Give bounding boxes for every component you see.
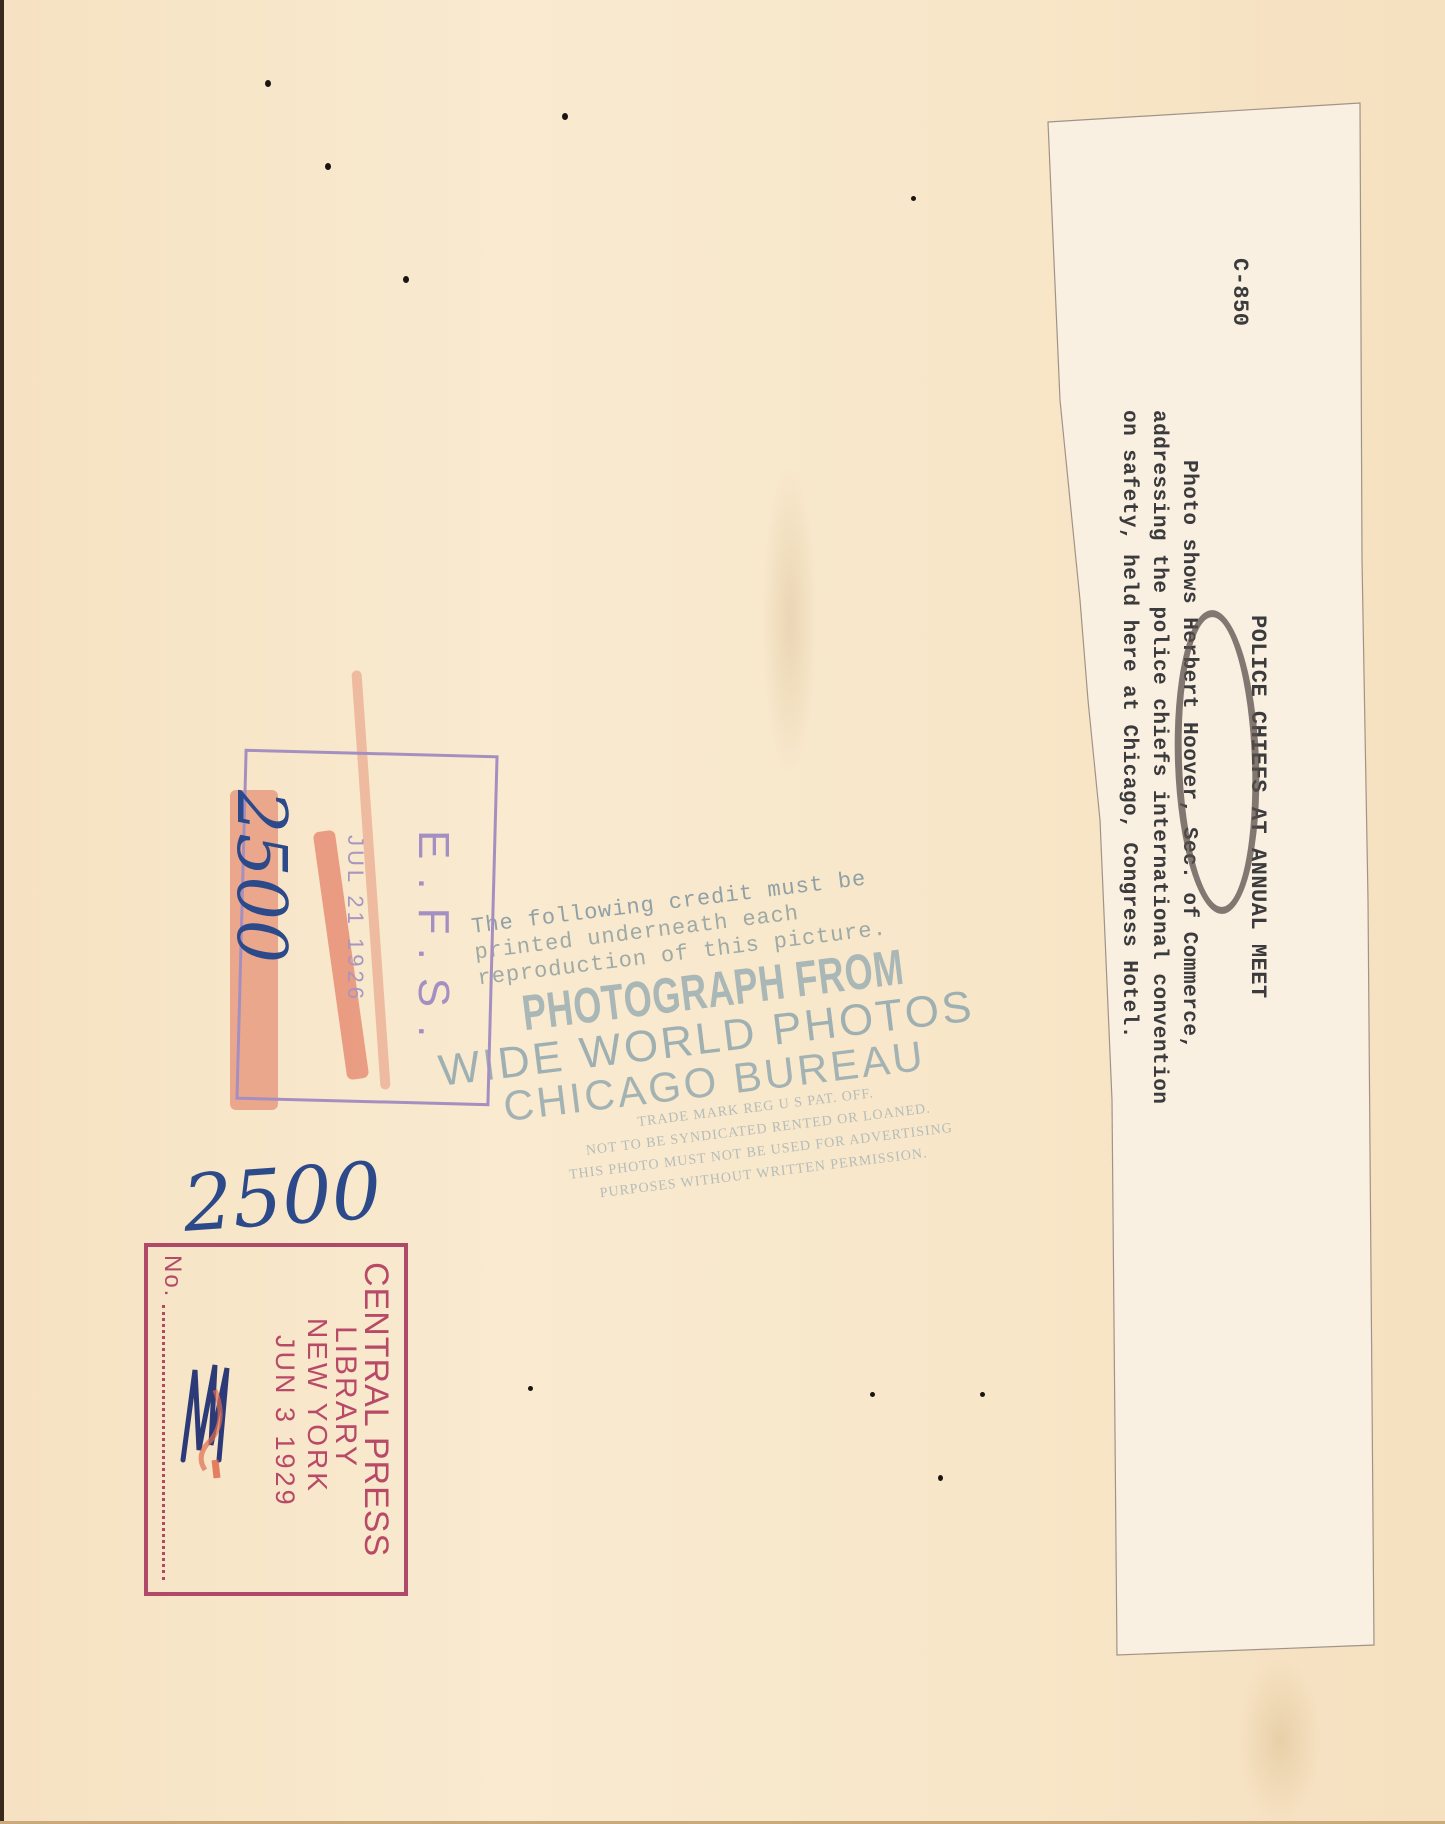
speck bbox=[911, 196, 916, 201]
library-stamp-date: JUN 3 1929 bbox=[269, 1335, 300, 1508]
speck bbox=[325, 163, 331, 170]
speck bbox=[528, 1386, 533, 1391]
library-stamp-line: LIBRARY bbox=[328, 1326, 362, 1468]
caption-code: C-850 bbox=[1227, 258, 1252, 327]
caption-line: on safety, held here at Chicago, Congres… bbox=[1117, 410, 1140, 1039]
speck bbox=[980, 1392, 985, 1397]
speck bbox=[403, 276, 409, 283]
efs-date: JUL 21 1926 bbox=[342, 835, 368, 1003]
speck bbox=[562, 113, 568, 120]
speck bbox=[870, 1392, 875, 1397]
speck bbox=[938, 1475, 943, 1481]
caption-line: addressing the police chiefs internation… bbox=[1147, 410, 1170, 1104]
handwritten-number: 2500 bbox=[221, 790, 300, 963]
library-stamp-no-label: No. bbox=[158, 1255, 186, 1298]
efs-initials: E.F.S. bbox=[408, 830, 458, 1055]
library-stamp-line: NEW YORK bbox=[301, 1318, 333, 1494]
handwritten-number: 2500 bbox=[180, 1146, 384, 1250]
paper-edge bbox=[0, 0, 4, 1824]
library-stamp-dotted-line bbox=[162, 1305, 165, 1580]
handwritten-scribble bbox=[175, 1350, 235, 1480]
speck bbox=[265, 80, 271, 87]
